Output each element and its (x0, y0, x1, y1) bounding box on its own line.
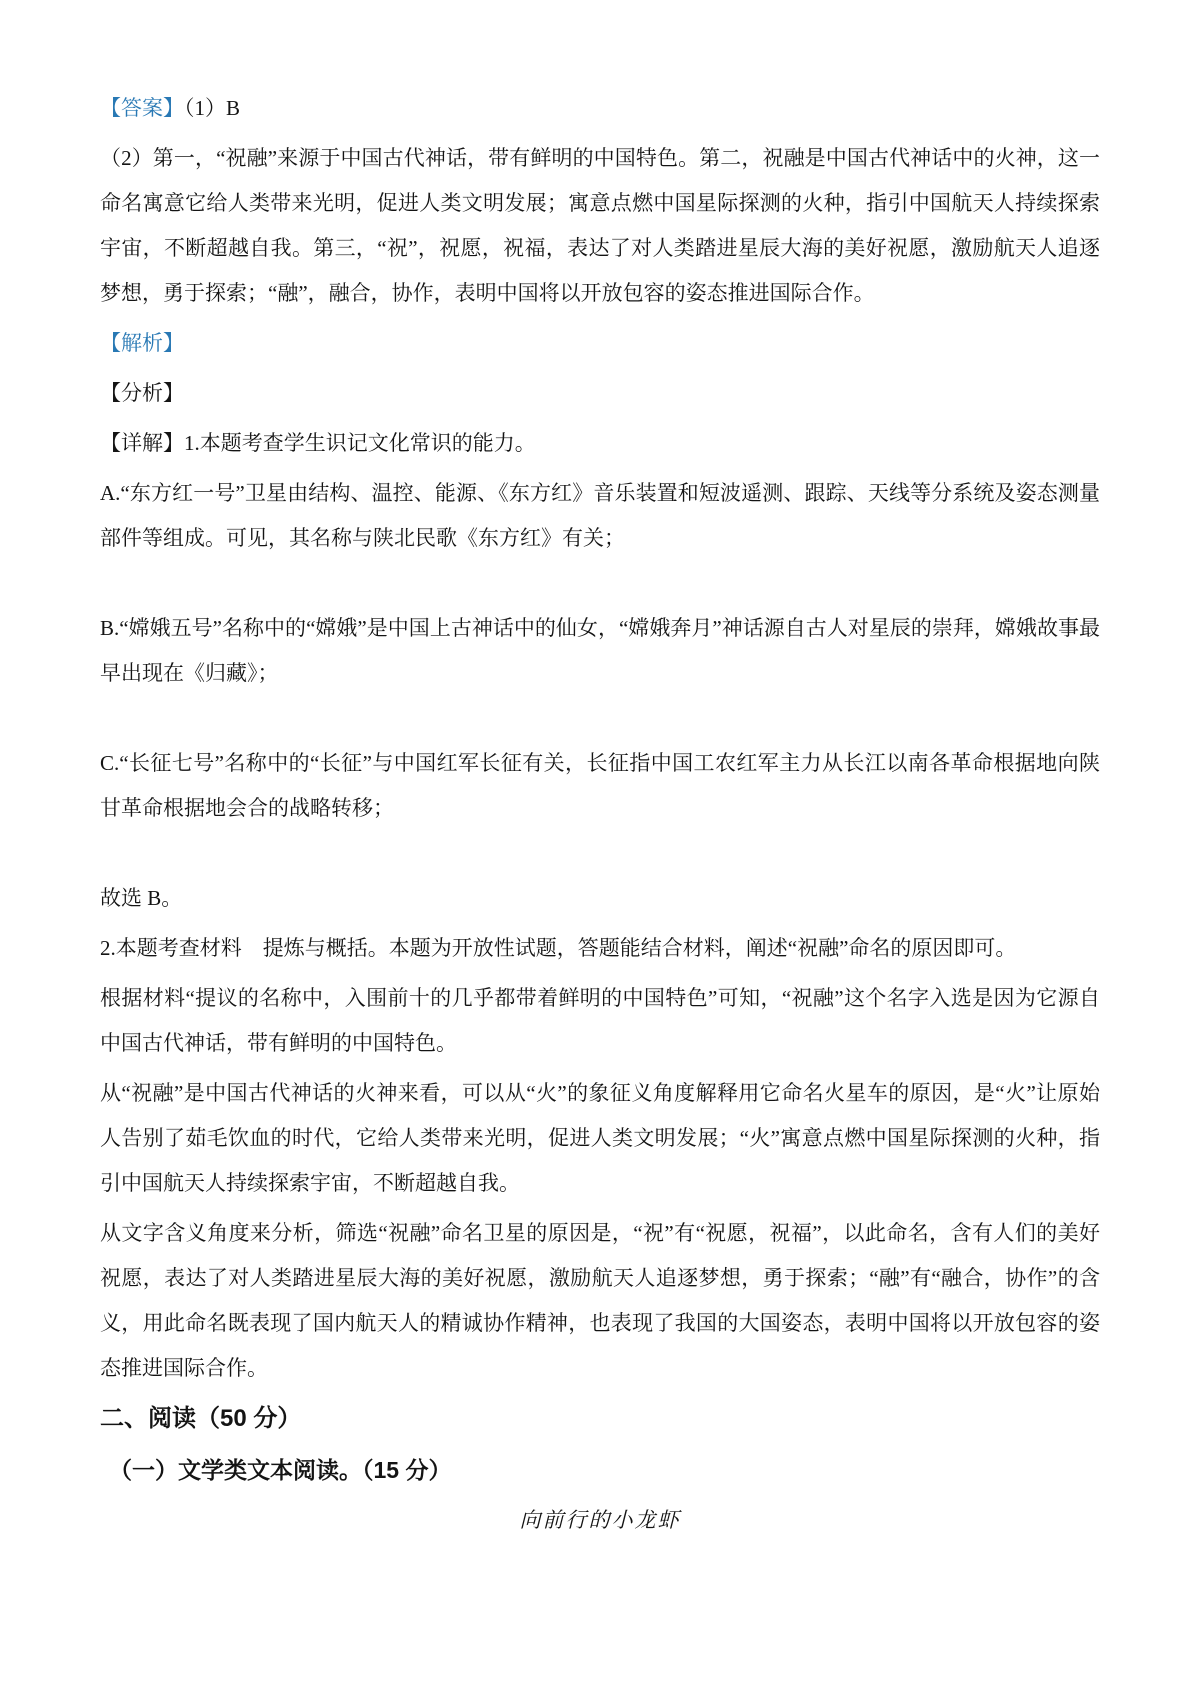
reading-passage-title: 向前行的小龙虾 (520, 1508, 681, 1532)
paragraph: 【解析】 (100, 321, 1100, 366)
question2-point2: 从“祝融”是中国古代神话的火神来看，可以从“火”的象征义角度解释用它命名火星车的… (100, 1081, 1100, 1195)
paragraph: 根据材料“提议的名称中，入围前十的几乎都带着鲜明的中国特色”可知，“祝融”这个名… (100, 976, 1100, 1066)
paragraph: B.“嫦娥五号”名称中的“嫦娥”是中国上古神话中的仙女，“嫦娥奔月”神话源自古人… (100, 606, 1100, 696)
paragraph: 【分析】 (100, 371, 1100, 416)
paragraph: （一）文学类文本阅读。（15 分） (100, 1447, 1100, 1493)
answer-value: （1）B (184, 96, 240, 120)
subsection-heading-literary-reading: （一）文学类文本阅读。（15 分） (109, 1457, 451, 1483)
question2-intro: 2.本题考查材料 提炼与概括。本题为开放性试题，答题能结合材料，阐述“祝融”命名… (100, 936, 1016, 960)
paragraph: 【答案】（1）B (100, 86, 1100, 131)
paragraph: 【详解】1.本题考查学生识记文化常识的能力。 (100, 421, 1100, 466)
answer-tag: 【答案】 (100, 96, 184, 120)
paragraph: 二、阅读（50 分） (100, 1396, 1100, 1442)
paragraph: 故选 B。 (100, 876, 1100, 921)
paragraph: 向前行的小龙虾 (100, 1498, 1100, 1543)
paragraph: 2.本题考查材料 提炼与概括。本题为开放性试题，答题能结合材料，阐述“祝融”命名… (100, 926, 1100, 971)
conclusion: 故选 B。 (100, 886, 182, 910)
detail-tag: 【详解】 (100, 431, 184, 455)
answer-part2: （2）第一，“祝融”来源于中国古代神话，带有鲜明的中国特色。第二，祝融是中国古代… (100, 146, 1100, 305)
section-heading-reading: 二、阅读（50 分） (100, 1405, 301, 1432)
paragraph: A.“东方红一号”卫星由结构、温控、能源、《东方红》音乐装置和短波遥测、跟踪、天… (100, 471, 1100, 561)
blank-line (100, 701, 1100, 741)
paragraph: 从“祝融”是中国古代神话的火神来看，可以从“火”的象征义角度解释用它命名火星车的… (100, 1071, 1100, 1206)
document-body: 【答案】（1）B（2）第一，“祝融”来源于中国古代神话，带有鲜明的中国特色。第二… (100, 86, 1100, 1543)
detail-intro: 1.本题考查学生识记文化常识的能力。 (184, 431, 536, 455)
document-page: 【答案】（1）B（2）第一，“祝融”来源于中国古代神话，带有鲜明的中国特色。第二… (0, 0, 1200, 1698)
paragraph: C.“长征七号”名称中的“长征”与中国红军长征有关，长征指中国工农红军主力从长江… (100, 741, 1100, 831)
blank-line (100, 836, 1100, 876)
fenxi-tag: 【分析】 (100, 381, 184, 405)
paragraph: 从文字含义角度来分析，筛选“祝融”命名卫星的原因是，“祝”有“祝愿，祝福”，以此… (100, 1211, 1100, 1391)
question2-point3: 从文字含义角度来分析，筛选“祝融”命名卫星的原因是，“祝”有“祝愿，祝福”，以此… (100, 1221, 1100, 1380)
option-b-explanation: B.“嫦娥五号”名称中的“嫦娥”是中国上古神话中的仙女，“嫦娥奔月”神话源自古人… (100, 616, 1100, 685)
option-c-explanation: C.“长征七号”名称中的“长征”与中国红军长征有关，长征指中国工农红军主力从长江… (100, 751, 1100, 820)
paragraph: （2）第一，“祝融”来源于中国古代神话，带有鲜明的中国特色。第二，祝融是中国古代… (100, 136, 1100, 316)
question2-point1: 根据材料“提议的名称中，入围前十的几乎都带着鲜明的中国特色”可知，“祝融”这个名… (100, 986, 1100, 1055)
option-a-explanation: A.“东方红一号”卫星由结构、温控、能源、《东方红》音乐装置和短波遥测、跟踪、天… (100, 481, 1100, 550)
analysis-tag: 【解析】 (100, 331, 184, 355)
blank-line (100, 566, 1100, 606)
